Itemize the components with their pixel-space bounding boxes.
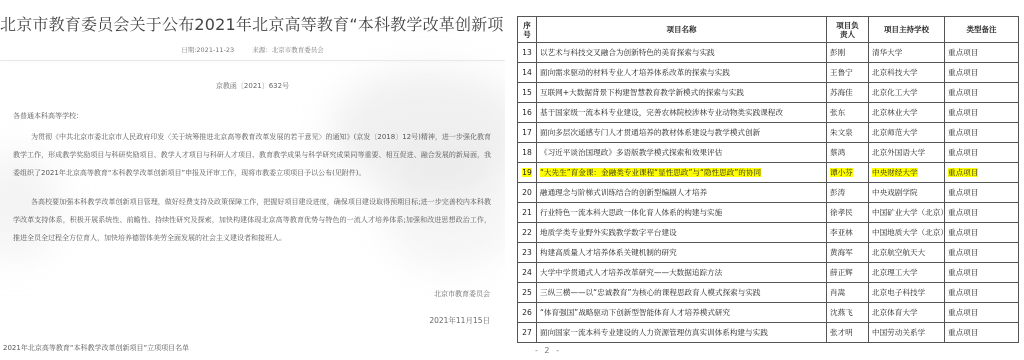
cell-school-text: 清华大学 (872, 48, 902, 57)
cell-no-text: 27 (522, 328, 532, 337)
cell-no: 26 (518, 303, 537, 323)
cell-type-text: 重点项目 (948, 128, 978, 137)
cell-name: 面向国家一流本科专业建设的人力资源管理仿真实训体系构建与实践 (537, 323, 827, 343)
cell-name: 基于国家级一流本科专业建设，完善农林院校涉林专业动物类实践课程改 (537, 103, 827, 123)
cell-no: 18 (518, 143, 537, 163)
table-row: 13以艺术与科技交叉融合为创新特色的美育探索与实践彭刚清华大学重点项目 (518, 43, 1019, 63)
cell-name-text: “体育强国”战略驱动下创新型智能体育人才培养模式研究 (540, 308, 730, 317)
sign-date: 2021年11月15日 (429, 315, 490, 326)
cell-leader-text: 彭刚 (830, 48, 845, 57)
cell-no-text: 24 (522, 268, 532, 277)
table-row: 24大学中学贯通式人才培养改革研究——大数据追踪方法薛正辉北京理工大学重点项目 (518, 263, 1019, 283)
cell-leader-text: 彭涛 (830, 188, 845, 197)
cell-no-text: 18 (522, 148, 532, 157)
cell-leader-text: 苏海佳 (830, 88, 853, 97)
header-leader: 项目负责人 (827, 17, 869, 43)
cell-type-text: 重点项目 (948, 188, 978, 197)
cell-name-text: “大先生”育金课：金融类专业课程“显性思政”与“隐性思政”的协同 (540, 168, 761, 177)
cell-no-text: 26 (522, 308, 532, 317)
cell-school: 中央戏剧学院 (869, 183, 945, 203)
header-leader-label: 项目负责人 (836, 21, 860, 39)
cell-leader: 张东 (827, 103, 869, 123)
cell-no: 16 (518, 103, 537, 123)
cell-school-text: 北京科技大学 (872, 68, 918, 77)
cell-leader: 苏海佳 (827, 83, 869, 103)
cell-no: 14 (518, 63, 537, 83)
cell-name-text: 行业特色一流本科大思政一体化育人体系的构建与实施 (540, 208, 722, 217)
cell-no: 20 (518, 183, 537, 203)
cell-no-text: 16 (522, 108, 532, 117)
cell-leader: 李亚林 (827, 223, 869, 243)
cell-name: 三纵三横——以“忠诚教育”为核心的课程思政育人模式探索与实践 (537, 283, 827, 303)
cell-name: 《习近平谈治国理政》多语版教学模式探索和效果评估 (537, 143, 827, 163)
cell-type-text: 重点项目 (948, 68, 978, 77)
cell-school: 清华大学 (869, 43, 945, 63)
cell-type-text: 重点项目 (948, 48, 978, 57)
cell-type: 重点项目 (945, 323, 1019, 343)
cell-name-text: 基于国家级一流本科专业建设，完善农林院校涉林专业动物类实践课程改 (540, 108, 783, 117)
cell-name: “体育强国”战略驱动下创新型智能体育人才培养模式研究 (537, 303, 827, 323)
cell-type-text: 重点项目 (948, 208, 978, 217)
cell-no-text: 25 (522, 288, 532, 297)
cell-name: 面向需求驱动的材料专业人才培养体系改革的探索与实践 (537, 63, 827, 83)
cell-school-text: 中国矿业大学（北京） (872, 208, 945, 217)
cell-school: 北京科技大学 (869, 63, 945, 83)
cell-leader-text: 蔡鸿 (830, 148, 845, 157)
cell-leader: 朱文泉 (827, 123, 869, 143)
cell-type-text: 重点项目 (948, 288, 978, 297)
notice-meta: 日期:2021-11-23 来源：北京市教育委员会 (0, 45, 505, 54)
cell-name-text: 地质学类专业野外实践教学数字平台建设 (540, 228, 677, 237)
cell-type-text: 重点项目 (948, 88, 978, 97)
cell-no: 19 (518, 163, 537, 183)
cell-leader: 谭小芬 (827, 163, 869, 183)
cell-name: 行业特色一流本科大思政一体化育人体系的构建与实施 (537, 203, 827, 223)
cell-type-text: 重点项目 (948, 268, 978, 277)
header-type: 类型备注 (945, 17, 1019, 43)
cell-type: 重点项目 (945, 303, 1019, 323)
cell-leader-text: 王鲁宁 (830, 68, 853, 77)
cell-no: 21 (518, 203, 537, 223)
cell-school-text: 北京外国语大学 (872, 148, 925, 157)
cell-no: 24 (518, 263, 537, 283)
cell-name: 互联网+大数据背景下构建智慧教育教学新模式的探索与实践 (537, 83, 827, 103)
project-table: 序号 项目名称 项目负责人 项目主持学校 类型备注 13以艺术与科技交叉融合为创… (517, 16, 1019, 343)
notice-panel: 北京市教育委员会关于公布2021年北京高等教育“本科教学改革创新项目”的通知 日… (0, 0, 505, 360)
table-row: 22地质学类专业野外实践教学数字平台建设李亚林中国地质大学（北京）重点项目 (518, 223, 1019, 243)
cell-type: 重点项目 (945, 223, 1019, 243)
notice-title: 北京市教育委员会关于公布2021年北京高等教育“本科教学改革创新项目”的通知 (0, 12, 505, 35)
cell-school: 北京电子科技学 (869, 283, 945, 303)
table-row: 21行业特色一流本科大思政一体化育人体系的构建与实施徐孝民中国矿业大学（北京）重… (518, 203, 1019, 223)
cell-school-text: 北京体育大学 (872, 308, 918, 317)
cell-school: 北京师范大学 (869, 123, 945, 143)
cell-type-text: 重点项目 (948, 108, 978, 117)
cell-type: 重点项目 (945, 283, 1019, 303)
project-list-page: 序号 项目名称 项目负责人 项目主持学校 类型备注 13以艺术与科技交叉融合为创… (505, 0, 1024, 360)
cell-type-text: 重点项目 (948, 168, 978, 177)
cell-no: 27 (518, 323, 537, 343)
cell-leader-text: 薛正辉 (830, 268, 853, 277)
cell-leader: 沈燕飞 (827, 303, 869, 323)
cell-type: 重点项目 (945, 263, 1019, 283)
cell-no: 15 (518, 83, 537, 103)
cell-no-text: 23 (522, 248, 532, 257)
cell-school-text: 北京电子科技学 (872, 288, 925, 297)
cell-type-text: 重点项目 (948, 248, 978, 257)
cell-leader: 薛正辉 (827, 263, 869, 283)
cell-name-text: 面向需求驱动的材料专业人才培养体系改革的探索与实践 (540, 68, 730, 77)
header-no: 序号 (518, 17, 537, 43)
cell-leader-text: 李亚林 (830, 228, 853, 237)
cell-school: 中国劳动关系学 (869, 323, 945, 343)
cell-name-text: 构建高质量人才培养体系关键机制的研究 (540, 248, 677, 257)
cell-school-text: 中国劳动关系学 (872, 328, 925, 337)
cell-no-text: 21 (522, 208, 532, 217)
publish-date: 日期:2021-11-23 (181, 46, 234, 54)
table-row: 15互联网+大数据背景下构建智慧教育教学新模式的探索与实践苏海佳北京化工大学重点… (518, 83, 1019, 103)
cell-leader-text: 沈燕飞 (830, 308, 853, 317)
cell-leader: 肖嵩 (827, 283, 869, 303)
document-number: 京教函〔2021〕632号 (0, 81, 505, 91)
cell-no-text: 17 (522, 128, 532, 137)
cell-no-text: 14 (522, 68, 532, 77)
salutation: 各普通本科高等学校： (13, 111, 83, 121)
cell-school: 北京体育大学 (869, 303, 945, 323)
cell-name-text: 《习近平谈治国理政》多语版教学模式探索和效果评估 (540, 148, 722, 157)
cell-leader-text: 肖嵩 (830, 288, 845, 297)
body-paragraph: 为贯彻《中共北京市委北京市人民政府印发〈关于统筹推进北京高等教育改革发展的若干意… (13, 128, 491, 182)
table-row: 18《习近平谈治国理政》多语版教学模式探索和效果评估蔡鸿北京外国语大学重点项目 (518, 143, 1019, 163)
header-divider (0, 60, 505, 61)
cell-leader-text: 谭小芬 (830, 168, 853, 177)
table-row: 27面向国家一流本科专业建设的人力资源管理仿真实训体系构建与实践张才明中国劳动关… (518, 323, 1019, 343)
cell-leader-text: 张东 (830, 108, 845, 117)
table-body: 13以艺术与科技交叉融合为创新特色的美育探索与实践彭刚清华大学重点项目14面向需… (518, 43, 1019, 343)
cell-name-text: 融通理念与阶梯式训练结合的创新型编剧人才培养 (540, 188, 707, 197)
cell-school-text: 北京化工大学 (872, 88, 918, 97)
cell-type-text: 重点项目 (948, 328, 978, 337)
cell-no-text: 15 (522, 88, 532, 97)
cell-leader: 徐孝民 (827, 203, 869, 223)
header-school: 项目主持学校 (869, 17, 945, 43)
table-row: 26“体育强国”战略驱动下创新型智能体育人才培养模式研究沈燕飞北京体育大学重点项… (518, 303, 1019, 323)
attachment-title: 2021年北京高等教育“本科教学改革创新项目”立项项目名单 (3, 343, 189, 353)
cell-name-text: 面向多层次遥感专门人才贯通培养的教材体系建设与教学模式创新 (540, 128, 760, 137)
signer: 北京市教育委员会 (434, 289, 490, 299)
cell-school-text: 北京师范大学 (872, 128, 918, 137)
cell-leader-text: 黄海军 (830, 248, 853, 257)
cell-name: 大学中学贯通式人才培养改革研究——大数据追踪方法 (537, 263, 827, 283)
cell-name: 构建高质量人才培养体系关键机制的研究 (537, 243, 827, 263)
cell-school: 中国地质大学（北京） (869, 223, 945, 243)
table-row: 19“大先生”育金课：金融类专业课程“显性思政”与“隐性思政”的协同谭小芬中央财… (518, 163, 1019, 183)
cell-leader-text: 徐孝民 (830, 208, 853, 217)
cell-type: 重点项目 (945, 43, 1019, 63)
cell-leader: 彭涛 (827, 183, 869, 203)
cell-school-text: 北京林业大学 (872, 108, 918, 117)
cell-no: 13 (518, 43, 537, 63)
cell-no: 22 (518, 223, 537, 243)
table-header-row: 序号 项目名称 项目负责人 项目主持学校 类型备注 (518, 17, 1019, 43)
cell-type-text: 重点项目 (948, 148, 978, 157)
table-row: 23构建高质量人才培养体系关键机制的研究黄海军北京航空航天大重点项目 (518, 243, 1019, 263)
cell-no: 17 (518, 123, 537, 143)
cell-leader: 张才明 (827, 323, 869, 343)
cell-name-text: 大学中学贯通式人才培养改革研究——大数据追踪方法 (540, 268, 722, 277)
table-row: 20融通理念与阶梯式训练结合的创新型编剧人才培养彭涛中央戏剧学院重点项目 (518, 183, 1019, 203)
cell-leader-text: 张才明 (830, 328, 853, 337)
cell-type: 重点项目 (945, 203, 1019, 223)
cell-school-text: 中央戏剧学院 (872, 188, 918, 197)
cell-school-text: 中央财经大学 (872, 168, 918, 177)
cell-name-text: 面向国家一流本科专业建设的人力资源管理仿真实训体系构建与实践 (540, 328, 768, 337)
cell-school-text: 北京理工大学 (872, 268, 918, 277)
cell-no-text: 20 (522, 188, 532, 197)
table-row: 25三纵三横——以“忠诚教育”为核心的课程思政育人模式探索与实践肖嵩北京电子科技… (518, 283, 1019, 303)
cell-type: 重点项目 (945, 243, 1019, 263)
cell-no-text: 19 (522, 168, 532, 177)
page-number: - 2 - (535, 346, 561, 355)
cell-leader: 王鲁宁 (827, 63, 869, 83)
cell-type: 重点项目 (945, 183, 1019, 203)
cell-name: 融通理念与阶梯式训练结合的创新型编剧人才培养 (537, 183, 827, 203)
cell-leader-text: 朱文泉 (830, 128, 853, 137)
cell-name: “大先生”育金课：金融类专业课程“显性思政”与“隐性思政”的协同 (537, 163, 827, 183)
cell-school: 北京林业大学 (869, 103, 945, 123)
cell-no-text: 22 (522, 228, 532, 237)
cell-type: 重点项目 (945, 103, 1019, 123)
cell-school: 北京航空航天大 (869, 243, 945, 263)
table-row: 16基于国家级一流本科专业建设，完善农林院校涉林专业动物类实践课程改张东北京林业… (518, 103, 1019, 123)
cell-school: 北京外国语大学 (869, 143, 945, 163)
cell-name-text: 互联网+大数据背景下构建智慧教育教学新模式的探索与实践 (540, 88, 744, 97)
cell-type: 重点项目 (945, 63, 1019, 83)
cell-leader: 蔡鸿 (827, 143, 869, 163)
table-row: 17面向多层次遥感专门人才贯通培养的教材体系建设与教学模式创新朱文泉北京师范大学… (518, 123, 1019, 143)
header-name: 项目名称 (537, 17, 827, 43)
cell-type-text: 重点项目 (948, 308, 978, 317)
cell-no: 23 (518, 243, 537, 263)
cell-name-text: 三纵三横——以“忠诚教育”为核心的课程思政育人模式探索与实践 (540, 288, 761, 297)
cell-school-text: 北京航空航天大 (872, 248, 925, 257)
table-row: 14面向需求驱动的材料专业人才培养体系改革的探索与实践王鲁宁北京科技大学重点项目 (518, 63, 1019, 83)
cell-type: 重点项目 (945, 123, 1019, 143)
cell-leader: 彭刚 (827, 43, 869, 63)
cell-type: 重点项目 (945, 163, 1019, 183)
cell-type: 重点项目 (945, 83, 1019, 103)
cell-school: 北京理工大学 (869, 263, 945, 283)
cell-name: 面向多层次遥感专门人才贯通培养的教材体系建设与教学模式创新 (537, 123, 827, 143)
cell-name-text: 以艺术与科技交叉融合为创新特色的美育探索与实践 (540, 48, 715, 57)
cell-name: 以艺术与科技交叉融合为创新特色的美育探索与实践 (537, 43, 827, 63)
cell-leader: 黄海军 (827, 243, 869, 263)
cell-no: 25 (518, 283, 537, 303)
cell-type-text: 重点项目 (948, 228, 978, 237)
cell-school: 中央财经大学 (869, 163, 945, 183)
header-no-label: 序号 (523, 21, 532, 39)
cell-school: 中国矿业大学（北京） (869, 203, 945, 223)
publish-source: 来源：北京市教育委员会 (252, 46, 324, 54)
body-paragraph: 各高校要加强本科教学改革创新项目管理，做好经费支持及政策保障工作，把握好项目建设… (13, 193, 491, 247)
cell-school-text: 中国地质大学（北京） (872, 228, 945, 237)
cell-type: 重点项目 (945, 143, 1019, 163)
cell-no-text: 13 (522, 48, 532, 57)
cell-name: 地质学类专业野外实践教学数字平台建设 (537, 223, 827, 243)
cell-school: 北京化工大学 (869, 83, 945, 103)
